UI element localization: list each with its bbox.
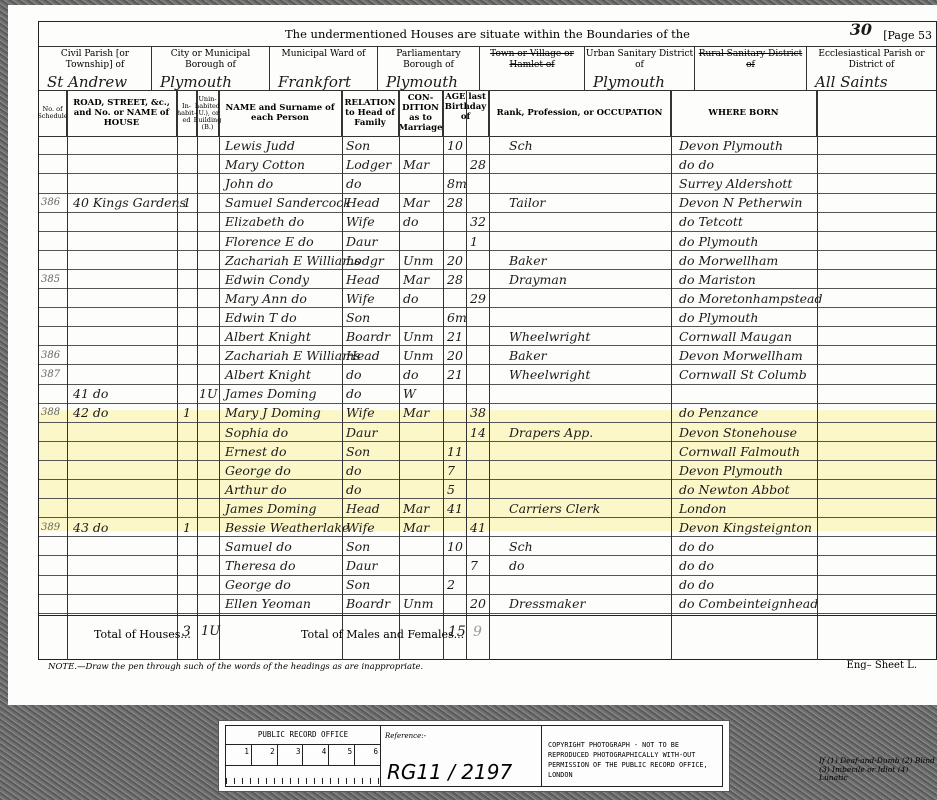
cell-rel: Son: [346, 136, 370, 154]
census-row: 385Edwin CondyHeadMar28Draymando Maristo…: [39, 270, 936, 289]
admin-ecclesiastical-parish: Ecclesiastical Parish or District ofAll …: [807, 46, 936, 90]
cell-f: 29: [470, 289, 486, 307]
col-road: ROAD, STREET, &c., and No. or NAME of HO…: [67, 90, 177, 136]
form-title: The undermentioned Houses are situate wi…: [39, 22, 936, 47]
cell-schedule: 389: [41, 518, 60, 536]
admin-parliamentary-borough: Parliamentary Borough ofPlymouth: [378, 46, 480, 90]
cell-cond: Mar: [403, 270, 429, 288]
cell-rel: do: [346, 174, 362, 192]
cell-m: 21: [447, 327, 463, 345]
census-row: Sophia doDaur14Drapers App.Devon Stoneho…: [39, 423, 936, 442]
cell-occ: Wheelwright: [509, 327, 590, 345]
cell-born: do do: [679, 575, 714, 593]
cell-m: 11: [447, 442, 463, 460]
cell-rel: do: [346, 480, 362, 498]
cell-rel: Son: [346, 575, 370, 593]
copyright-notice: COPYRIGHT PHOTOGRAPH - NOT TO BE REPRODU…: [542, 726, 722, 786]
cell-born: Devon Morwellham: [679, 346, 803, 364]
cell-born: do Combeinteignhead: [679, 594, 818, 612]
census-row: Mary CottonLodgerMar28do do: [39, 155, 936, 174]
scale-mark: 4: [303, 745, 329, 765]
cell-name: James Doming: [225, 499, 317, 517]
cell-born: do Plymouth: [679, 232, 758, 250]
sheet-label: Eng– Sheet L.: [847, 660, 917, 671]
cell-name: Mary Cotton: [225, 155, 305, 173]
col-name: NAME and Surname of each Person: [219, 90, 342, 136]
cell-rel: Lodger: [346, 155, 391, 173]
census-row: James DomingHeadMar41Carriers ClerkLondo…: [39, 499, 936, 518]
cell-occ: Baker: [509, 251, 547, 269]
cell-name: John do: [225, 174, 273, 192]
cell-m: 21: [447, 365, 463, 383]
cell-m: 10: [447, 537, 463, 555]
cell-name: Bessie Weatherlake: [225, 518, 349, 536]
folio-number: 30: [850, 18, 872, 42]
col-where-born: WHERE BORN: [671, 90, 817, 136]
cell-name: Theresa do: [225, 556, 296, 574]
cell-rel: Head: [346, 499, 380, 517]
cell-name: Lewis Judd: [225, 136, 295, 154]
cell-cond: do: [403, 365, 419, 383]
col-schedule: No. of Schedule: [39, 90, 67, 136]
cell-born: Cornwall St Columb: [679, 365, 807, 383]
cell-cond: Mar: [403, 518, 429, 536]
cell-name: George do: [225, 575, 291, 593]
cell-cond: Mar: [403, 403, 429, 421]
cell-name: Edwin Condy: [225, 270, 309, 288]
cell-born: do Penzance: [679, 403, 758, 421]
cell-occ: Sch: [509, 136, 533, 154]
reference-label: Reference:-: [385, 732, 426, 740]
cell-cond: Mar: [403, 155, 429, 173]
census-entries: Lewis JuddSon10SchDevon PlymouthMary Cot…: [39, 136, 936, 615]
census-row: 387Albert Knightdodo21WheelwrightCornwal…: [39, 365, 936, 384]
cell-cond: W: [403, 384, 416, 402]
cell-name: Ernest do: [225, 442, 287, 460]
cell-m: 6m: [447, 308, 467, 326]
cell-schedule: 388: [41, 403, 60, 421]
cell-rel: Head: [346, 270, 380, 288]
census-row: 38842 do1Mary J DomingWifeMar38do Penzan…: [39, 403, 936, 422]
cell-name: Mary Ann do: [225, 289, 307, 307]
cell-rel: Boardr: [346, 327, 390, 345]
cell-rel: Wife: [346, 518, 375, 536]
scale-mark: 6: [355, 745, 380, 765]
col-occupation: Rank, Profession, or OCCUPATION: [489, 90, 671, 136]
cell-f: 41: [470, 518, 486, 536]
cell-cond: Mar: [403, 499, 429, 517]
census-row: John dodo8mSurrey Aldershott: [39, 174, 936, 193]
col-uninhabited: Unin-habited (U.), or Building (B.): [197, 90, 219, 136]
census-page: The undermentioned Houses are situate wi…: [8, 5, 937, 705]
cell-name: George do: [225, 461, 291, 479]
census-row: Albert KnightBoardrUnm21WheelwrightCornw…: [39, 327, 936, 346]
total-males: 15: [448, 624, 466, 640]
cell-born: do do: [679, 155, 714, 173]
cell-born: Devon Plymouth: [679, 136, 783, 154]
cell-born: Devon Kingsteignton: [679, 518, 812, 536]
cell-born: do Moretonhampstead: [679, 289, 822, 307]
cell-occ: Drayman: [509, 270, 567, 288]
cell-m: 20: [447, 346, 463, 364]
cell-f: 7: [470, 556, 478, 574]
cell-born: Surrey Aldershott: [679, 174, 792, 192]
cell-rel: do: [346, 365, 362, 383]
cell-name: James Doming: [225, 384, 317, 402]
cell-m: 10: [447, 136, 463, 154]
cell-cond: Unm: [403, 327, 433, 345]
cell-road: 42 do: [73, 403, 108, 421]
cell-name: Mary J Doming: [225, 403, 321, 421]
cell-rel: Wife: [346, 289, 375, 307]
cell-cond: Unm: [403, 594, 433, 612]
cell-occ: Drapers App.: [509, 423, 593, 441]
admin-rural-sanitary: Rural Sanitary District of: [695, 46, 807, 90]
cell-f: 1: [470, 232, 478, 250]
cell-born: do do: [679, 537, 714, 555]
cell-rel: Daur: [346, 556, 378, 574]
cell-cond: do: [403, 289, 419, 307]
census-row: Arthur dodo5do Newton Abbot: [39, 480, 936, 499]
cell-rel: Daur: [346, 232, 378, 250]
census-row: 38943 do1Bessie WeatherlakeWifeMar41Devo…: [39, 518, 936, 537]
cell-born: do Morwellham: [679, 251, 778, 269]
footnote: NOTE.—Draw the pen through such of the w…: [48, 662, 423, 672]
census-row: 386Zachariah E WilliamsHeadUnm20BakerDev…: [39, 346, 936, 365]
admin-municipal-borough: City or Municipal Borough ofPlymouth: [152, 46, 270, 90]
cell-occ: Tailor: [509, 193, 545, 211]
cell-born: do do: [679, 556, 714, 574]
cell-name: Elizabeth do: [225, 212, 304, 230]
cell-rel: Son: [346, 537, 370, 555]
cell-name: Samuel Sandercock: [225, 193, 351, 211]
cell-schedule: 386: [41, 193, 60, 211]
cell-inh: 1: [183, 193, 191, 211]
cell-rel: Lodgr: [346, 251, 384, 269]
census-row: Ellen YeomanBoardrUnm20Dressmakerdo Comb…: [39, 594, 936, 613]
total-persons-label: Total of Males and Females...: [301, 628, 464, 641]
census-row: George doSon2do do: [39, 575, 936, 594]
cell-rel: Son: [346, 308, 370, 326]
column-headers: No. of Schedule ROAD, STREET, &c., and N…: [39, 90, 936, 137]
cell-schedule: 385: [41, 270, 60, 288]
cell-schedule: 387: [41, 365, 60, 383]
cell-born: Cornwall Maugan: [679, 327, 792, 345]
census-row: Mary Ann doWifedo29do Moretonhampstead: [39, 289, 936, 308]
total-inhabited: 3: [182, 624, 191, 640]
reference-box: Reference:- RG11 / 2197: [381, 726, 542, 786]
census-form: The undermentioned Houses are situate wi…: [38, 21, 937, 660]
cell-name: Sophia do: [225, 423, 288, 441]
cell-rel: Head: [346, 346, 380, 364]
cell-f: 28: [470, 155, 486, 173]
census-row: 38640 Kings Gardens1Samuel SandercockHea…: [39, 193, 936, 212]
cell-m: 28: [447, 270, 463, 288]
cell-occ: do: [509, 556, 525, 574]
cell-uninh: 1U: [199, 384, 218, 402]
cell-f: 14: [470, 423, 486, 441]
scale-mark: 2: [252, 745, 278, 765]
cell-f: 38: [470, 403, 486, 421]
cell-name: Zachariah E Williams: [225, 251, 361, 269]
cell-rel: Wife: [346, 403, 375, 421]
census-row: Theresa doDaur7dodo do: [39, 556, 936, 575]
cell-m: 28: [447, 193, 463, 211]
census-row: Samuel doSon10Schdo do: [39, 537, 936, 556]
cell-schedule: 386: [41, 346, 60, 364]
census-row: Zachariah E WilliamsLodgrUnm20Bakerdo Mo…: [39, 251, 936, 270]
cell-name: Florence E do: [225, 232, 314, 250]
cell-name: Edwin T do: [225, 308, 297, 326]
page-number: [Page 53: [883, 24, 932, 48]
scale-mark: 3: [278, 745, 304, 765]
record-office-slip: PUBLIC RECORD OFFICE 123456 Reference:- …: [218, 720, 730, 792]
cell-f: 32: [470, 212, 486, 230]
census-row: Florence E doDaur1do Plymouth: [39, 232, 936, 251]
admin-civil-parish: Civil Parish [or Township] ofSt Andrew: [39, 46, 152, 90]
cell-born: Devon N Petherwin: [679, 193, 802, 211]
cell-rel: Son: [346, 442, 370, 460]
cell-name: Albert Knight: [225, 327, 311, 345]
cell-m: 5: [447, 480, 455, 498]
cell-f: 20: [470, 594, 486, 612]
cell-rel: Head: [346, 193, 380, 211]
cell-born: do Mariston: [679, 270, 756, 288]
total-uninhabited: 1U: [201, 624, 220, 639]
cell-cond: Mar: [403, 193, 429, 211]
cell-rel: Daur: [346, 423, 378, 441]
cell-rel: do: [346, 384, 362, 402]
title-text: The undermentioned Houses are situate wi…: [285, 27, 690, 41]
cell-rel: Boardr: [346, 594, 390, 612]
col-condition: CON-DITION as to Marriage: [399, 90, 443, 136]
cell-name: Zachariah E Williams: [225, 346, 361, 364]
record-office-scale: PUBLIC RECORD OFFICE 123456: [226, 726, 381, 786]
cell-born: London: [679, 499, 726, 517]
totals-row: Total of Houses... 3 1U Total of Males a…: [39, 615, 936, 660]
cell-m: 20: [447, 251, 463, 269]
census-row: 41 do1UJames DomingdoW: [39, 384, 936, 403]
cell-name: Albert Knight: [225, 365, 311, 383]
total-females: 9: [473, 624, 482, 640]
cell-cond: Unm: [403, 346, 433, 364]
cell-cond: Unm: [403, 251, 433, 269]
cell-cond: do: [403, 212, 419, 230]
scale-mark: 5: [329, 745, 355, 765]
cell-occ: Carriers Clerk: [509, 499, 600, 517]
col-relation: RELATION to Head of Family: [342, 90, 399, 136]
cell-born: do Plymouth: [679, 308, 758, 326]
admin-urban-sanitary: Urban Sanitary District ofPlymouth: [585, 46, 695, 90]
census-row: Edwin T doSon6mdo Plymouth: [39, 308, 936, 327]
cell-m: 2: [447, 575, 455, 593]
cell-occ: Sch: [509, 537, 533, 555]
total-houses-label: Total of Houses...: [94, 628, 191, 641]
cell-name: Samuel do: [225, 537, 292, 555]
cell-occ: Dressmaker: [509, 594, 585, 612]
cell-name: Ellen Yeoman: [225, 594, 311, 612]
cell-occ: Wheelwright: [509, 365, 590, 383]
cell-inh: 1: [183, 403, 191, 421]
cell-road: 41 do: [73, 384, 108, 402]
cell-road: 40 Kings Gardens: [73, 193, 186, 211]
record-office-name: PUBLIC RECORD OFFICE: [226, 726, 380, 745]
cell-inh: 1: [183, 518, 191, 536]
cell-born: Devon Plymouth: [679, 461, 783, 479]
admin-municipal-ward: Municipal Ward ofFrankfort: [270, 46, 378, 90]
census-row: Elizabeth doWifedo32do Tetcott: [39, 212, 936, 231]
admin-town-village: Town or Village or Hamlet of: [480, 46, 585, 90]
col-infirmity: If (1) Deaf-and-Dumb (2) Blind (3) Imbec…: [817, 747, 937, 793]
cell-rel: Wife: [346, 212, 375, 230]
ruler: [226, 766, 380, 784]
cell-road: 43 do: [73, 518, 108, 536]
scale-mark: 1: [226, 745, 252, 765]
cell-occ: Baker: [509, 346, 547, 364]
cell-name: Arthur do: [225, 480, 287, 498]
reference-number: RG11 / 2197: [387, 760, 512, 784]
cell-m: 41: [447, 499, 463, 517]
census-row: Ernest doSon11Cornwall Falmouth: [39, 442, 936, 461]
cell-born: Cornwall Falmouth: [679, 442, 800, 460]
census-row: George dodo7Devon Plymouth: [39, 461, 936, 480]
cell-rel: do: [346, 461, 362, 479]
admin-boundaries: Civil Parish [or Township] ofSt Andrew C…: [39, 46, 936, 91]
cell-born: do Tetcott: [679, 212, 743, 230]
cell-born: do Newton Abbot: [679, 480, 790, 498]
cell-born: Devon Stonehouse: [679, 423, 797, 441]
census-row: Lewis JuddSon10SchDevon Plymouth: [39, 136, 936, 155]
cell-m: 8m: [447, 174, 467, 192]
cell-m: 7: [447, 461, 455, 479]
